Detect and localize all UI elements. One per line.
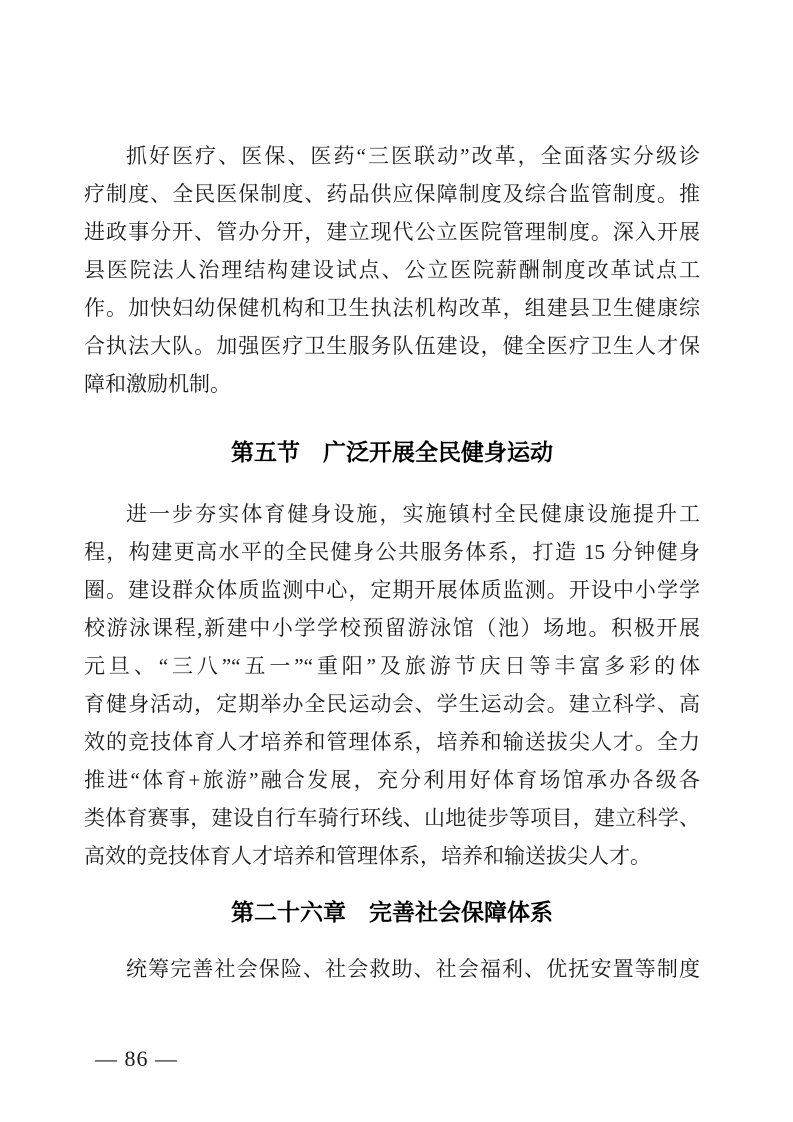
text-line: 进一步夯实体育健身设施，实施镇村全民健康设施提升工 bbox=[84, 495, 700, 533]
page-number: — 86 — bbox=[95, 1046, 178, 1072]
text-line: 合执法大队。加强医疗卫生服务队伍建设，健全医疗卫生人才保 bbox=[84, 327, 700, 365]
document-page: 抓好医疗、医保、医药“三医联动”改革，全面落实分级诊 疗制度、全民医保制度、药品… bbox=[0, 0, 793, 1122]
text-line: 育健身活动，定期举办全民运动会、学生运动会。建立科学、高 bbox=[84, 685, 700, 723]
chapter-heading: 第二十六章 完善社会保障体系 bbox=[84, 893, 700, 931]
text-line: 元旦、“三八”“五一”“重阳”及旅游节庆日等丰富多彩的体 bbox=[84, 647, 700, 685]
text-line: 障和激励机制。 bbox=[84, 365, 700, 403]
text-line: 统筹完善社会保险、社会救助、社会福利、优抚安置等制度 bbox=[84, 950, 700, 988]
text-line: 作。加快妇幼保健机构和卫生执法机构改革，组建县卫生健康综 bbox=[84, 289, 700, 327]
paragraph-social-security: 统筹完善社会保险、社会救助、社会福利、优抚安置等制度 bbox=[84, 950, 700, 988]
text-line: 类体育赛事，建设自行车骑行环线、山地徒步等项目，建立科学、 bbox=[84, 799, 700, 837]
paragraph-fitness: 进一步夯实体育健身设施，实施镇村全民健康设施提升工 程，构建更高水平的全民健身公… bbox=[84, 495, 700, 875]
section-heading: 第五节 广泛开展全民健身运动 bbox=[84, 433, 700, 471]
text-line: 校游泳课程,新建中小学学校预留游泳馆（池）场地。积极开展 bbox=[84, 609, 700, 647]
text-line: 县医院法人治理结构建设试点、公立医院薪酬制度改革试点工 bbox=[84, 251, 700, 289]
text-line: 圈。建设群众体质监测中心，定期开展体质监测。开设中小学学 bbox=[84, 571, 700, 609]
text-line: 程，构建更高水平的全民健身公共服务体系，打造 15 分钟健身 bbox=[84, 533, 700, 571]
text-line: 推进“体育+旅游”融合发展，充分利用好体育场馆承办各级各 bbox=[84, 761, 700, 799]
text-line: 效的竞技体育人才培养和管理体系，培养和输送拔尖人才。全力 bbox=[84, 723, 700, 761]
text-line: 疗制度、全民医保制度、药品供应保障制度及综合监管制度。推 bbox=[84, 175, 700, 213]
text-line: 高效的竞技体育人才培养和管理体系，培养和输送拔尖人才。 bbox=[84, 837, 700, 875]
paragraph-medical-reform: 抓好医疗、医保、医药“三医联动”改革，全面落实分级诊 疗制度、全民医保制度、药品… bbox=[84, 137, 700, 403]
text-line: 进政事分开、管办分开，建立现代公立医院管理制度。深入开展 bbox=[84, 213, 700, 251]
text-line: 抓好医疗、医保、医药“三医联动”改革，全面落实分级诊 bbox=[84, 137, 700, 175]
